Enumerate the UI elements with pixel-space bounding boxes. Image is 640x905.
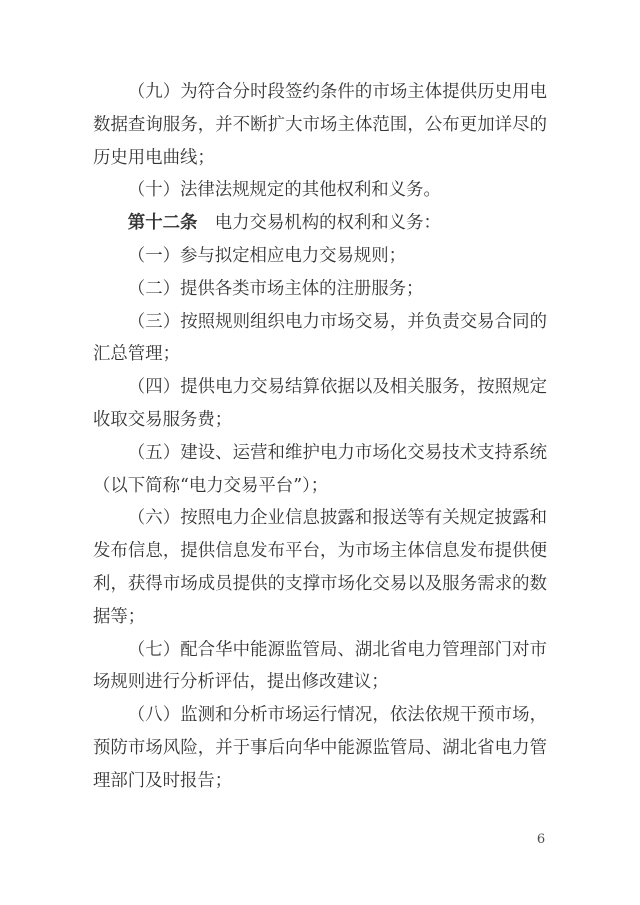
paragraph-item-7: （七）配合华中能源监管局、湖北省电力管理部门对市场规则进行分析评估，提出修改建议… (93, 634, 547, 700)
paragraph-item-3: （三）按照规则组织电力市场交易，并负责交易合同的汇总管理； (93, 306, 547, 372)
paragraph-item-8: （八）监测和分析市场运行情况，依法依规干预市场，预防市场风险，并于事后向华中能源… (93, 699, 547, 797)
paragraph-item-6: （六）按照电力企业信息披露和报送等有关规定披露和发布信息，提供信息发布平台，为市… (93, 502, 547, 633)
paragraph-item-10: （十）法律法规规定的其他权利和义务。 (93, 174, 547, 207)
page-number: 6 (531, 832, 551, 847)
article-number: 第十二条 (128, 213, 198, 233)
document-body: （九）为符合分时段签约条件的市场主体提供历史用电数据查询服务，并不断扩大市场主体… (93, 76, 547, 798)
paragraph-item-9: （九）为符合分时段签约条件的市场主体提供历史用电数据查询服务，并不断扩大市场主体… (93, 76, 547, 174)
paragraph-item-1: （一）参与拟定相应电力交易规则； (93, 240, 547, 273)
paragraph-item-2: （二）提供各类市场主体的注册服务； (93, 273, 547, 306)
paragraph-item-4: （四）提供电力交易结算依据以及相关服务，按照规定收取交易服务费； (93, 371, 547, 437)
paragraph-article-12: 第十二条 电力交易机构的权利和义务： (93, 207, 547, 240)
document-page: （九）为符合分时段签约条件的市场主体提供历史用电数据查询服务，并不断扩大市场主体… (0, 0, 640, 905)
article-title: 电力交易机构的权利和义务： (197, 213, 440, 233)
paragraph-item-5: （五）建设、运营和维护电力市场化交易技术支持系统（以下简称“电力交易平台”）； (93, 437, 547, 503)
